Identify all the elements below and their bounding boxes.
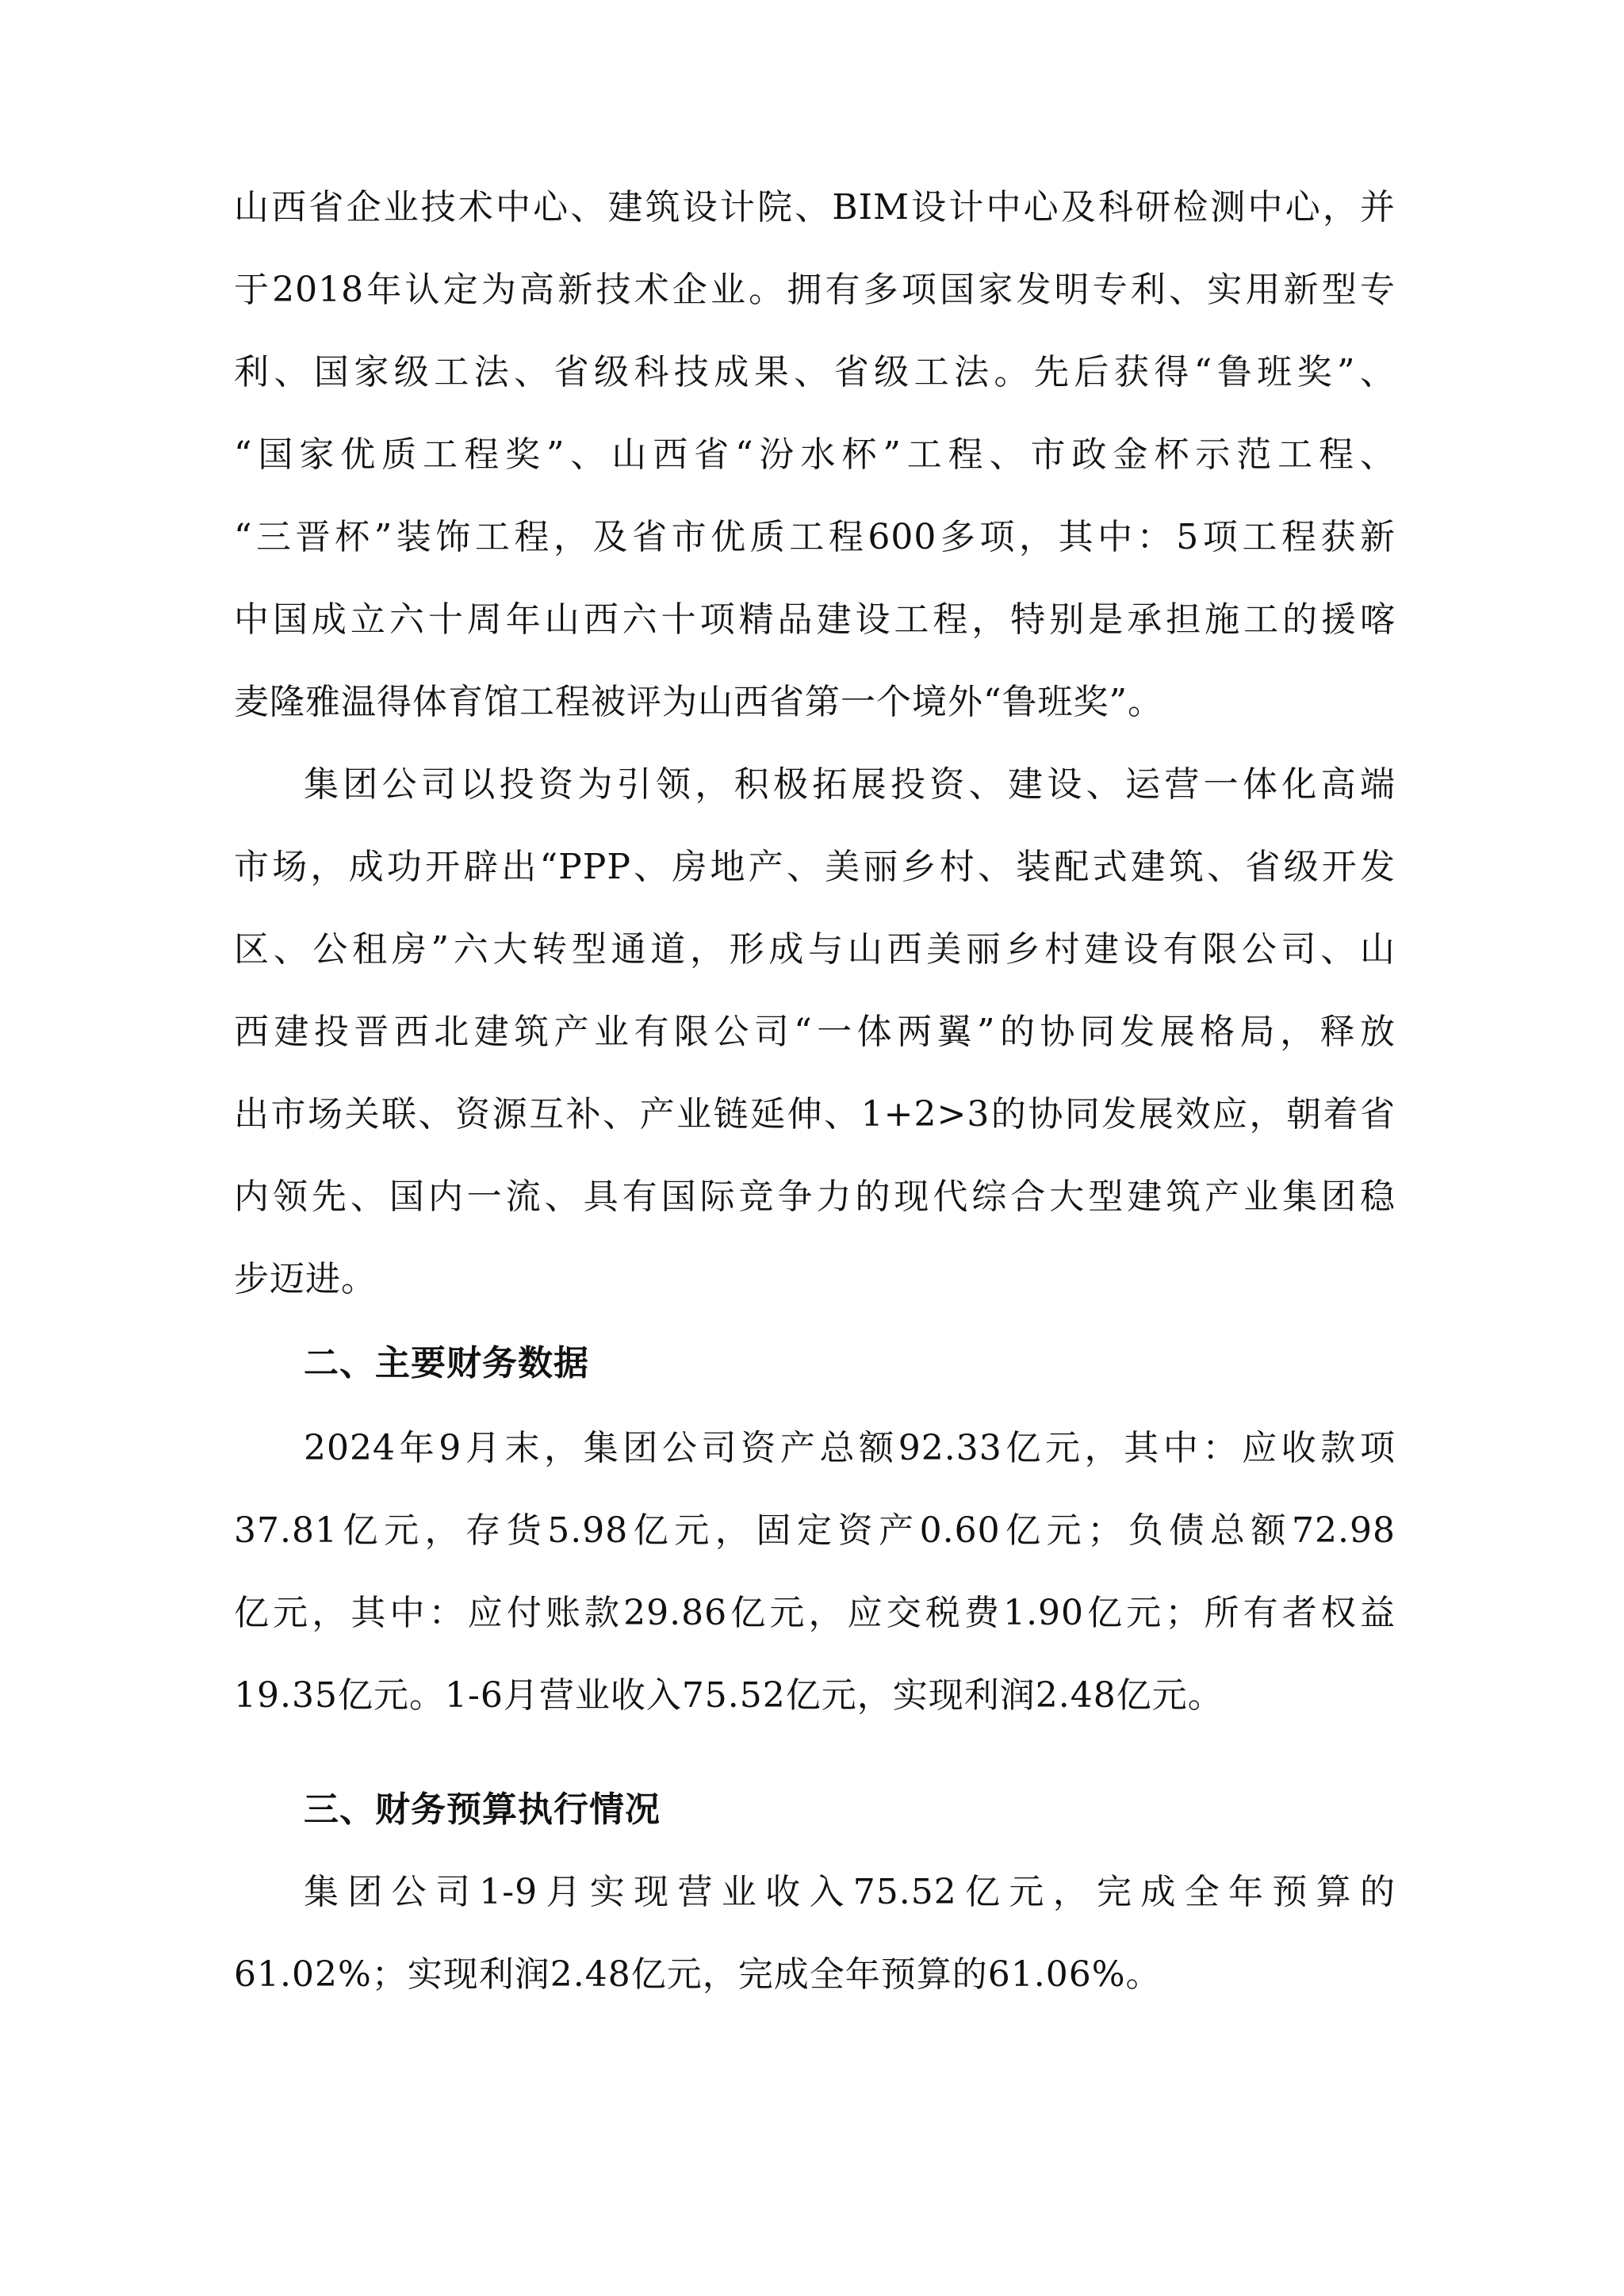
text-line: 2024年9月末，集团公司资产总额92.33亿元，其中：应收款项 <box>304 1425 1396 1472</box>
text-line: 集团公司以投资为引领，积极拓展投资、建设、运营一体化高端 <box>304 761 1396 809</box>
text-line: 利、国家级工法、省级科技成果、省级工法。先后获得“鲁班奖”、 <box>234 349 1396 396</box>
section-heading: 三、财务预算执行情况 <box>304 1786 661 1834</box>
text-line: 市场，成功开辟出“PPP、房地产、美丽乡村、装配式建筑、省级开发 <box>234 844 1396 891</box>
text-line: 61.02%；实现利润2.48亿元，完成全年预算的61.06%。 <box>234 1951 1162 1999</box>
text-line: 麦隆雅温得体育馆工程被评为山西省第一个境外“鲁班奖”。 <box>234 679 1163 726</box>
text-line: 于2018年认定为高新技术企业。拥有多项国家发明专利、实用新型专 <box>234 266 1396 314</box>
text-line: 区、公租房”六大转型通道，形成与山西美丽乡村建设有限公司、山 <box>234 926 1396 974</box>
text-line: 37.81亿元，存货5.98亿元，固定资产0.60亿元；负债总额72.98 <box>234 1507 1396 1555</box>
section-heading: 二、主要财务数据 <box>304 1340 589 1387</box>
text-line: 中国成立六十周年山西六十项精品建设工程，特别是承担施工的援喀 <box>234 596 1396 644</box>
text-line: 集团公司1-9月实现营业收入75.52亿元，完成全年预算的 <box>304 1869 1396 1916</box>
text-line: 步迈进。 <box>234 1256 377 1303</box>
text-line: 亿元，其中：应付账款29.86亿元，应交税费1.90亿元；所有者权益 <box>234 1590 1396 1637</box>
text-line: “国家优质工程奖”、山西省“汾水杯”工程、市政金杯示范工程、 <box>234 431 1396 479</box>
text-line: 内领先、国内一流、具有国际竞争力的现代综合大型建筑产业集团稳 <box>234 1173 1396 1221</box>
text-line: 西建投晋西北建筑产业有限公司“一体两翼”的协同发展格局，释放 <box>234 1008 1396 1056</box>
text-line: 山西省企业技术中心、建筑设计院、BIM设计中心及科研检测中心，并 <box>234 184 1396 232</box>
text-line: 出市场关联、资源互补、产业链延伸、1+2>3的协同发展效应，朝着省 <box>234 1091 1396 1138</box>
text-line: 19.35亿元。1-6月营业收入75.52亿元，实现利润2.48亿元。 <box>234 1672 1224 1720</box>
text-line: “三晋杯”装饰工程，及省市优质工程600多项，其中：5项工程获新 <box>234 514 1396 561</box>
